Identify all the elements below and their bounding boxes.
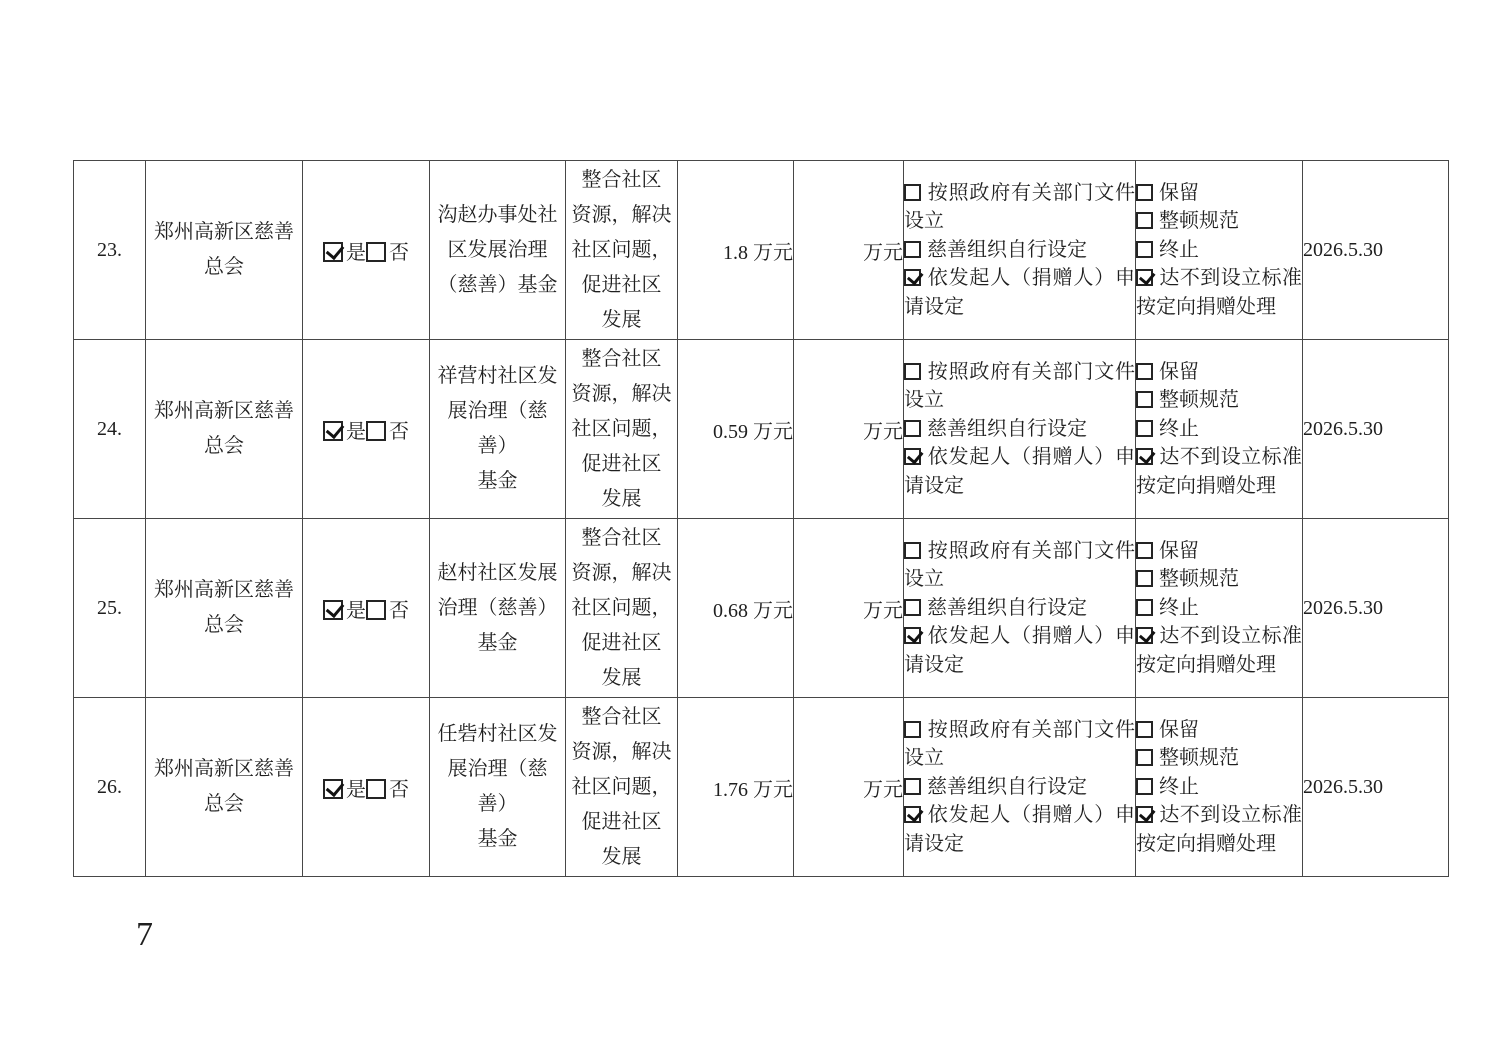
registered-option: 是 [323,779,366,801]
unchecked-checkbox-icon[interactable] [366,242,386,262]
unchecked-checkbox-icon[interactable] [1136,212,1153,229]
org-name-cell: 郑州高新区慈善 总会 [146,519,303,698]
registered-option: 是 [323,600,366,622]
checkbox-option-label: 是 [346,779,366,801]
checked-checkbox-icon[interactable] [323,421,343,441]
checkbox-option-label: 整顿规范 [1159,389,1239,411]
setup-method-option: 依发起人（捐赠人）申请设定 [904,264,1135,321]
unchecked-checkbox-icon[interactable] [1136,184,1153,201]
checkbox-option-label: 按照政府有关部门文件设立 [904,719,1135,770]
amount-unit-cell: 万元 [794,340,904,519]
unchecked-checkbox-icon[interactable] [366,421,386,441]
unchecked-checkbox-icon[interactable] [904,778,921,795]
checked-checkbox-icon[interactable] [323,779,343,799]
checkbox-option-label: 保留 [1159,540,1199,562]
checkbox-option-label: 否 [389,600,409,622]
fund-amount-cell: 1.76 万元 [678,698,794,877]
checkbox-option-label: 慈善组织自行设定 [927,776,1087,798]
decision-date-cell: 2026.5.30 [1303,519,1449,698]
registered-option: 是 [323,242,366,264]
setup-method-option: 慈善组织自行设定 [904,773,1135,802]
setup-method-option: 按照政府有关部门文件设立 [904,358,1135,415]
checkbox-option-label: 终止 [1159,239,1199,261]
decision-date-cell: 2026.5.30 [1303,161,1449,340]
checkbox-option-label: 达不到设立标准按定向捐赠处理 [1136,625,1302,676]
org-name-cell: 郑州高新区慈善 总会 [146,698,303,877]
checkbox-option-label: 否 [389,421,409,443]
setup-method-option: 按照政府有关部门文件设立 [904,537,1135,594]
registered-option: 否 [366,600,409,622]
disposition-option: 终止 [1136,236,1302,265]
checkbox-option-label: 否 [389,779,409,801]
disposition-cell: 保留整顿规范终止达不到设立标准按定向捐赠处理 [1136,698,1303,877]
table-row: 23. 郑州高新区慈善 总会 是否 沟赵办事处社 区发展治理 （慈善）基金 整合… [74,161,1449,340]
checked-checkbox-icon[interactable] [904,269,921,286]
disposition-option: 达不到设立标准按定向捐赠处理 [1136,443,1302,500]
checked-checkbox-icon[interactable] [1136,269,1153,286]
checkbox-option-label: 是 [346,421,366,443]
disposition-option: 终止 [1136,594,1302,623]
checkbox-option-label: 整顿规范 [1159,210,1239,232]
fund-name-cell: 沟赵办事处社 区发展治理 （慈善）基金 [430,161,566,340]
checked-checkbox-icon[interactable] [904,806,921,823]
disposition-option: 保留 [1136,358,1302,387]
checkbox-option-label: 按照政府有关部门文件设立 [904,540,1135,591]
disposition-option: 终止 [1136,773,1302,802]
unchecked-checkbox-icon[interactable] [1136,241,1153,258]
amount-unit-cell: 万元 [794,698,904,877]
fund-name-cell: 任砦村社区发 展治理（慈善） 基金 [430,698,566,877]
setup-method-option: 依发起人（捐赠人）申请设定 [904,622,1135,679]
unchecked-checkbox-icon[interactable] [1136,420,1153,437]
checkbox-option-label: 整顿规范 [1159,568,1239,590]
checkbox-option-label: 依发起人（捐赠人）申请设定 [904,267,1135,318]
checkbox-option-label: 依发起人（捐赠人）申请设定 [904,625,1135,676]
checkbox-option-label: 达不到设立标准按定向捐赠处理 [1136,267,1302,318]
page-number: 7 [136,916,153,954]
checkbox-option-label: 整顿规范 [1159,747,1239,769]
registered-cell: 是否 [303,519,430,698]
unchecked-checkbox-icon[interactable] [904,184,921,201]
setup-method-cell: 按照政府有关部门文件设立慈善组织自行设定依发起人（捐赠人）申请设定 [904,698,1136,877]
unchecked-checkbox-icon[interactable] [1136,721,1153,738]
checkbox-option-label: 终止 [1159,418,1199,440]
unchecked-checkbox-icon[interactable] [904,241,921,258]
unchecked-checkbox-icon[interactable] [366,600,386,620]
row-index: 24. [74,340,146,519]
fund-name-cell: 祥营村社区发 展治理（慈善） 基金 [430,340,566,519]
setup-method-option: 慈善组织自行设定 [904,415,1135,444]
unchecked-checkbox-icon[interactable] [904,363,921,380]
checked-checkbox-icon[interactable] [323,600,343,620]
fund-purpose-cell: 整合社区 资源，解决 社区问题， 促进社区 发展 [566,698,678,877]
checked-checkbox-icon[interactable] [323,242,343,262]
document-page: 23. 郑州高新区慈善 总会 是否 沟赵办事处社 区发展治理 （慈善）基金 整合… [0,0,1500,1060]
checkbox-option-label: 是 [346,242,366,264]
disposition-option: 整顿规范 [1136,207,1302,236]
checkbox-option-label: 是 [346,600,366,622]
unchecked-checkbox-icon[interactable] [1136,363,1153,380]
table-row: 25. 郑州高新区慈善 总会 是否 赵村社区发展 治理（慈善） 基金 整合社区 … [74,519,1449,698]
decision-date-cell: 2026.5.30 [1303,340,1449,519]
fund-amount-cell: 1.8 万元 [678,161,794,340]
disposition-option: 保留 [1136,537,1302,566]
checked-checkbox-icon[interactable] [1136,627,1153,644]
checked-checkbox-icon[interactable] [904,448,921,465]
registered-cell: 是否 [303,340,430,519]
unchecked-checkbox-icon[interactable] [1136,542,1153,559]
setup-method-option: 依发起人（捐赠人）申请设定 [904,443,1135,500]
disposition-option: 整顿规范 [1136,386,1302,415]
unchecked-checkbox-icon[interactable] [1136,599,1153,616]
checkbox-option-label: 达不到设立标准按定向捐赠处理 [1136,804,1302,855]
checkbox-option-label: 按照政府有关部门文件设立 [904,182,1135,233]
checkbox-option-label: 保留 [1159,182,1199,204]
checkbox-option-label: 保留 [1159,719,1199,741]
unchecked-checkbox-icon[interactable] [904,420,921,437]
checked-checkbox-icon[interactable] [1136,806,1153,823]
fund-purpose-cell: 整合社区 资源，解决 社区问题， 促进社区 发展 [566,519,678,698]
disposition-option: 达不到设立标准按定向捐赠处理 [1136,622,1302,679]
registered-option: 否 [366,421,409,443]
row-index: 25. [74,519,146,698]
checked-checkbox-icon[interactable] [904,627,921,644]
checkbox-option-label: 终止 [1159,776,1199,798]
disposition-option: 整顿规范 [1136,744,1302,773]
setup-method-option: 慈善组织自行设定 [904,594,1135,623]
table-row: 26. 郑州高新区慈善 总会 是否 任砦村社区发 展治理（慈善） 基金 整合社区… [74,698,1449,877]
checkbox-option-label: 慈善组织自行设定 [927,597,1087,619]
disposition-option: 达不到设立标准按定向捐赠处理 [1136,264,1302,321]
unchecked-checkbox-icon[interactable] [904,721,921,738]
disposition-option: 保留 [1136,716,1302,745]
registered-cell: 是否 [303,161,430,340]
amount-unit-cell: 万元 [794,161,904,340]
checkbox-option-label: 达不到设立标准按定向捐赠处理 [1136,446,1302,497]
setup-method-option: 按照政府有关部门文件设立 [904,179,1135,236]
unchecked-checkbox-icon[interactable] [1136,778,1153,795]
setup-method-option: 依发起人（捐赠人）申请设定 [904,801,1135,858]
checkbox-option-label: 慈善组织自行设定 [927,239,1087,261]
checkbox-option-label: 慈善组织自行设定 [927,418,1087,440]
unchecked-checkbox-icon[interactable] [1136,391,1153,408]
unchecked-checkbox-icon[interactable] [904,599,921,616]
registered-cell: 是否 [303,698,430,877]
setup-method-option: 按照政府有关部门文件设立 [904,716,1135,773]
fund-purpose-cell: 整合社区 资源，解决 社区问题， 促进社区 发展 [566,340,678,519]
org-name-cell: 郑州高新区慈善 总会 [146,340,303,519]
disposition-option: 整顿规范 [1136,565,1302,594]
row-index: 26. [74,698,146,877]
decision-date-cell: 2026.5.30 [1303,698,1449,877]
checkbox-option-label: 否 [389,242,409,264]
amount-unit-cell: 万元 [794,519,904,698]
unchecked-checkbox-icon[interactable] [366,779,386,799]
fund-name-cell: 赵村社区发展 治理（慈善） 基金 [430,519,566,698]
registered-option: 否 [366,242,409,264]
row-index: 23. [74,161,146,340]
fund-purpose-cell: 整合社区 资源，解决 社区问题， 促进社区 发展 [566,161,678,340]
registered-option: 是 [323,421,366,443]
fund-amount-cell: 0.59 万元 [678,340,794,519]
unchecked-checkbox-icon[interactable] [1136,749,1153,766]
checkbox-option-label: 按照政府有关部门文件设立 [904,361,1135,412]
setup-method-cell: 按照政府有关部门文件设立慈善组织自行设定依发起人（捐赠人）申请设定 [904,340,1136,519]
checkbox-option-label: 依发起人（捐赠人）申请设定 [904,446,1135,497]
table-row: 24. 郑州高新区慈善 总会 是否 祥营村社区发 展治理（慈善） 基金 整合社区… [74,340,1449,519]
funds-table: 23. 郑州高新区慈善 总会 是否 沟赵办事处社 区发展治理 （慈善）基金 整合… [73,160,1449,877]
checked-checkbox-icon[interactable] [1136,448,1153,465]
setup-method-option: 慈善组织自行设定 [904,236,1135,265]
disposition-option: 达不到设立标准按定向捐赠处理 [1136,801,1302,858]
registered-option: 否 [366,779,409,801]
unchecked-checkbox-icon[interactable] [904,542,921,559]
disposition-option: 终止 [1136,415,1302,444]
checkbox-option-label: 依发起人（捐赠人）申请设定 [904,804,1135,855]
checkbox-option-label: 保留 [1159,361,1199,383]
checkbox-option-label: 终止 [1159,597,1199,619]
setup-method-cell: 按照政府有关部门文件设立慈善组织自行设定依发起人（捐赠人）申请设定 [904,161,1136,340]
unchecked-checkbox-icon[interactable] [1136,570,1153,587]
org-name-cell: 郑州高新区慈善 总会 [146,161,303,340]
setup-method-cell: 按照政府有关部门文件设立慈善组织自行设定依发起人（捐赠人）申请设定 [904,519,1136,698]
fund-amount-cell: 0.68 万元 [678,519,794,698]
disposition-cell: 保留整顿规范终止达不到设立标准按定向捐赠处理 [1136,519,1303,698]
disposition-cell: 保留整顿规范终止达不到设立标准按定向捐赠处理 [1136,340,1303,519]
disposition-cell: 保留整顿规范终止达不到设立标准按定向捐赠处理 [1136,161,1303,340]
disposition-option: 保留 [1136,179,1302,208]
table-body: 23. 郑州高新区慈善 总会 是否 沟赵办事处社 区发展治理 （慈善）基金 整合… [74,161,1449,877]
